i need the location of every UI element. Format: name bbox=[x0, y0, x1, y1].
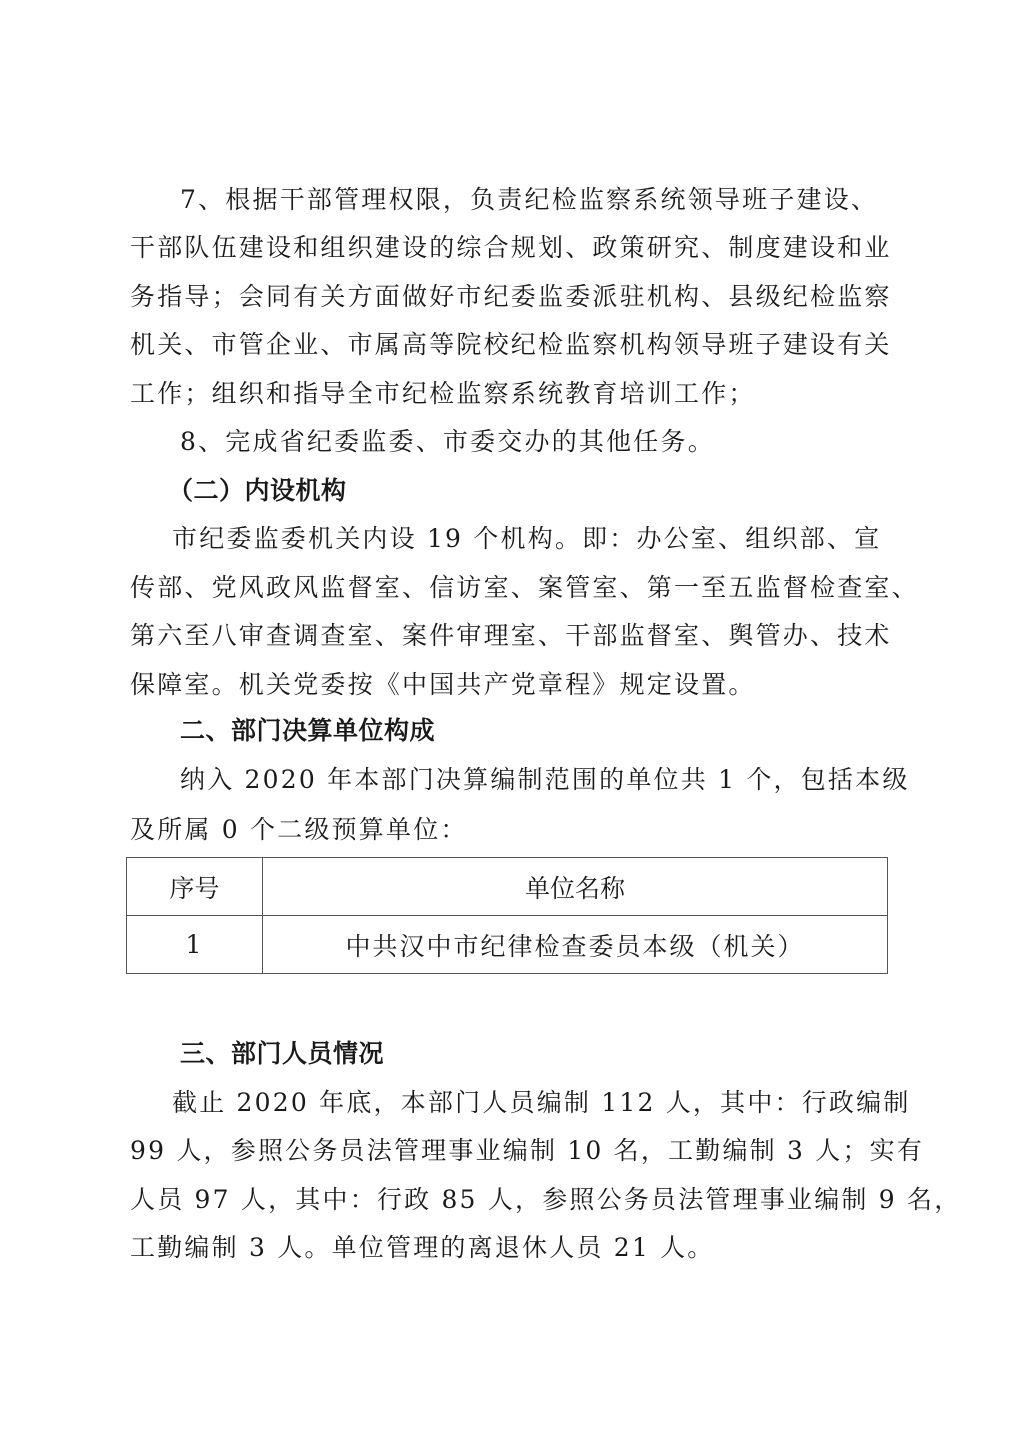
unit-table-header-row: 序号 单位名称 bbox=[127, 858, 888, 916]
header-sequence: 序号 bbox=[127, 858, 263, 916]
unit-table: 序号 单位名称 1 中共汉中市纪律检查委员本级（机关） bbox=[126, 857, 888, 974]
section-3-line-4: 工勤编制 3 人。单位管理的离退休人员 21 人。 bbox=[130, 1233, 890, 1263]
cell-unit-name: 中共汉中市纪律检查委员本级（机关） bbox=[263, 916, 888, 974]
internal-line-3: 第六至八审查调查室、案件审理室、干部监督室、舆管办、技术 bbox=[130, 621, 890, 651]
internal-line-2: 传部、党风政风监督室、信访室、案管室、第一至五监督检查室、 bbox=[130, 573, 890, 603]
section-2-line-2: 及所属 0 个二级预算单位： bbox=[130, 815, 890, 845]
internal-line-4: 保障室。机关党委按《中国共产党章程》规定设置。 bbox=[130, 670, 890, 700]
paragraph-7-line-5: 工作；组织和指导全市纪检监察系统教育培训工作； bbox=[130, 379, 890, 409]
subsection-heading-internal: （二）内设机构 bbox=[168, 476, 928, 506]
header-unit-name: 单位名称 bbox=[263, 858, 888, 916]
paragraph-8: 8、完成省纪委监委、市委交办的其他任务。 bbox=[180, 427, 890, 457]
paragraph-7-line-3: 务指导；会同有关方面做好市纪委监委派驻机构、县级纪检监察 bbox=[130, 282, 890, 312]
internal-line-1: 市纪委监委机关内设 19 个机构。即：办公室、组织部、宣 bbox=[172, 524, 932, 554]
section-2-line-1: 纳入 2020 年本部门决算编制范围的单位共 1 个，包括本级 bbox=[180, 765, 890, 795]
section-3-line-2: 99 人，参照公务员法管理事业编制 10 名，工勤编制 3 人；实有 bbox=[130, 1136, 890, 1166]
section-3-heading: 三、部门人员情况 bbox=[180, 1039, 940, 1069]
paragraph-7-line-4: 机关、市管企业、市属高等院校纪检监察机构领导班子建设有关 bbox=[130, 330, 890, 360]
section-2-heading: 二、部门决算单位构成 bbox=[180, 716, 940, 746]
cell-sequence: 1 bbox=[127, 916, 263, 974]
document-page: 7、根据干部管理权限，负责纪检监察系统领导班子建设、 干部队伍建设和组织建设的综… bbox=[0, 0, 1024, 1448]
paragraph-7-line-1: 7、根据干部管理权限，负责纪检监察系统领导班子建设、 bbox=[180, 185, 890, 215]
section-3-line-1: 截止 2020 年底，本部门人员编制 112 人，其中：行政编制 bbox=[172, 1088, 932, 1118]
section-3-line-3: 人员 97 人，其中：行政 85 人，参照公务员法管理事业编制 9 名， bbox=[130, 1185, 890, 1215]
table-row: 1 中共汉中市纪律检查委员本级（机关） bbox=[127, 916, 888, 974]
paragraph-7-line-2: 干部队伍建设和组织建设的综合规划、政策研究、制度建设和业 bbox=[130, 233, 890, 263]
